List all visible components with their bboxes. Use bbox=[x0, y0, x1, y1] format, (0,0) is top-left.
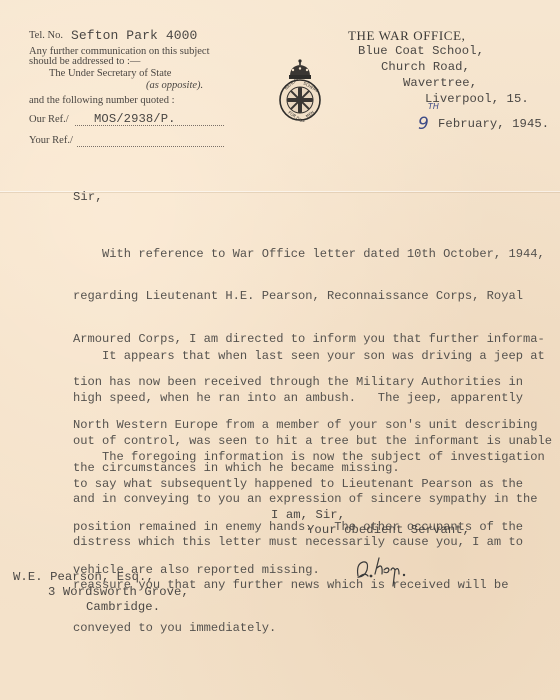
salutation: Sir, bbox=[73, 190, 103, 204]
closing-line-2: Your obedient Servant, bbox=[307, 523, 470, 537]
paragraph-line: distress which this letter must necessar… bbox=[73, 535, 543, 549]
recipient-street: 3 Wordsworth Grove, bbox=[48, 585, 189, 599]
closing-line-1: I am, Sir, bbox=[271, 508, 345, 522]
address-line-3: Wavertree, bbox=[403, 76, 477, 90]
our-ref-label: Our Ref./ bbox=[29, 114, 69, 125]
tel-value: Sefton Park 4000 bbox=[71, 28, 197, 43]
recipient-city: Cambridge. bbox=[86, 600, 160, 614]
address-line-1: Blue Coat School, bbox=[358, 44, 484, 58]
paragraph-line: regarding Lieutenant H.E. Pearson, Recon… bbox=[73, 289, 543, 303]
address-line-4: Liverpool, 15. bbox=[425, 92, 529, 106]
quote-instruction: and the following number quoted : bbox=[29, 95, 175, 106]
recipient-name: W.E. Pearson, Esq., bbox=[13, 570, 154, 584]
royal-crest-icon: NATIONAL SCHEME FOR DISABLED MEN bbox=[276, 58, 324, 122]
paragraph-line: The foregoing information is now the sub… bbox=[73, 450, 543, 464]
organisation-name: THE WAR OFFICE, bbox=[348, 28, 465, 44]
instruction-line-2: should be addressed to :— bbox=[29, 56, 140, 67]
paragraph-line: high speed, when he ran into an ambush. … bbox=[73, 391, 543, 405]
paragraph-line: and in conveying to you an expression of… bbox=[73, 492, 543, 506]
paragraph-line: With reference to War Office letter date… bbox=[73, 247, 543, 261]
date-day-suffix: TH bbox=[428, 102, 439, 111]
addressee: The Under Secretary of State bbox=[49, 68, 171, 79]
addressee-note: (as opposite). bbox=[146, 80, 203, 91]
date-typed: February, 1945. bbox=[438, 117, 549, 131]
paragraph-line: conveyed to you immediately. bbox=[73, 621, 543, 635]
paragraph-line: It appears that when last seen your son … bbox=[73, 349, 543, 363]
signature: E.D. Kop bbox=[355, 550, 415, 590]
your-ref-label: Your Ref./ bbox=[29, 135, 73, 146]
our-ref-value: MOS/2938/P. bbox=[94, 112, 176, 126]
date-day-handwritten: 9 bbox=[418, 114, 429, 134]
tel-label: Tel. No. bbox=[29, 30, 63, 41]
your-ref-dotted-line bbox=[77, 146, 224, 147]
address-line-2: Church Road, bbox=[381, 60, 470, 74]
